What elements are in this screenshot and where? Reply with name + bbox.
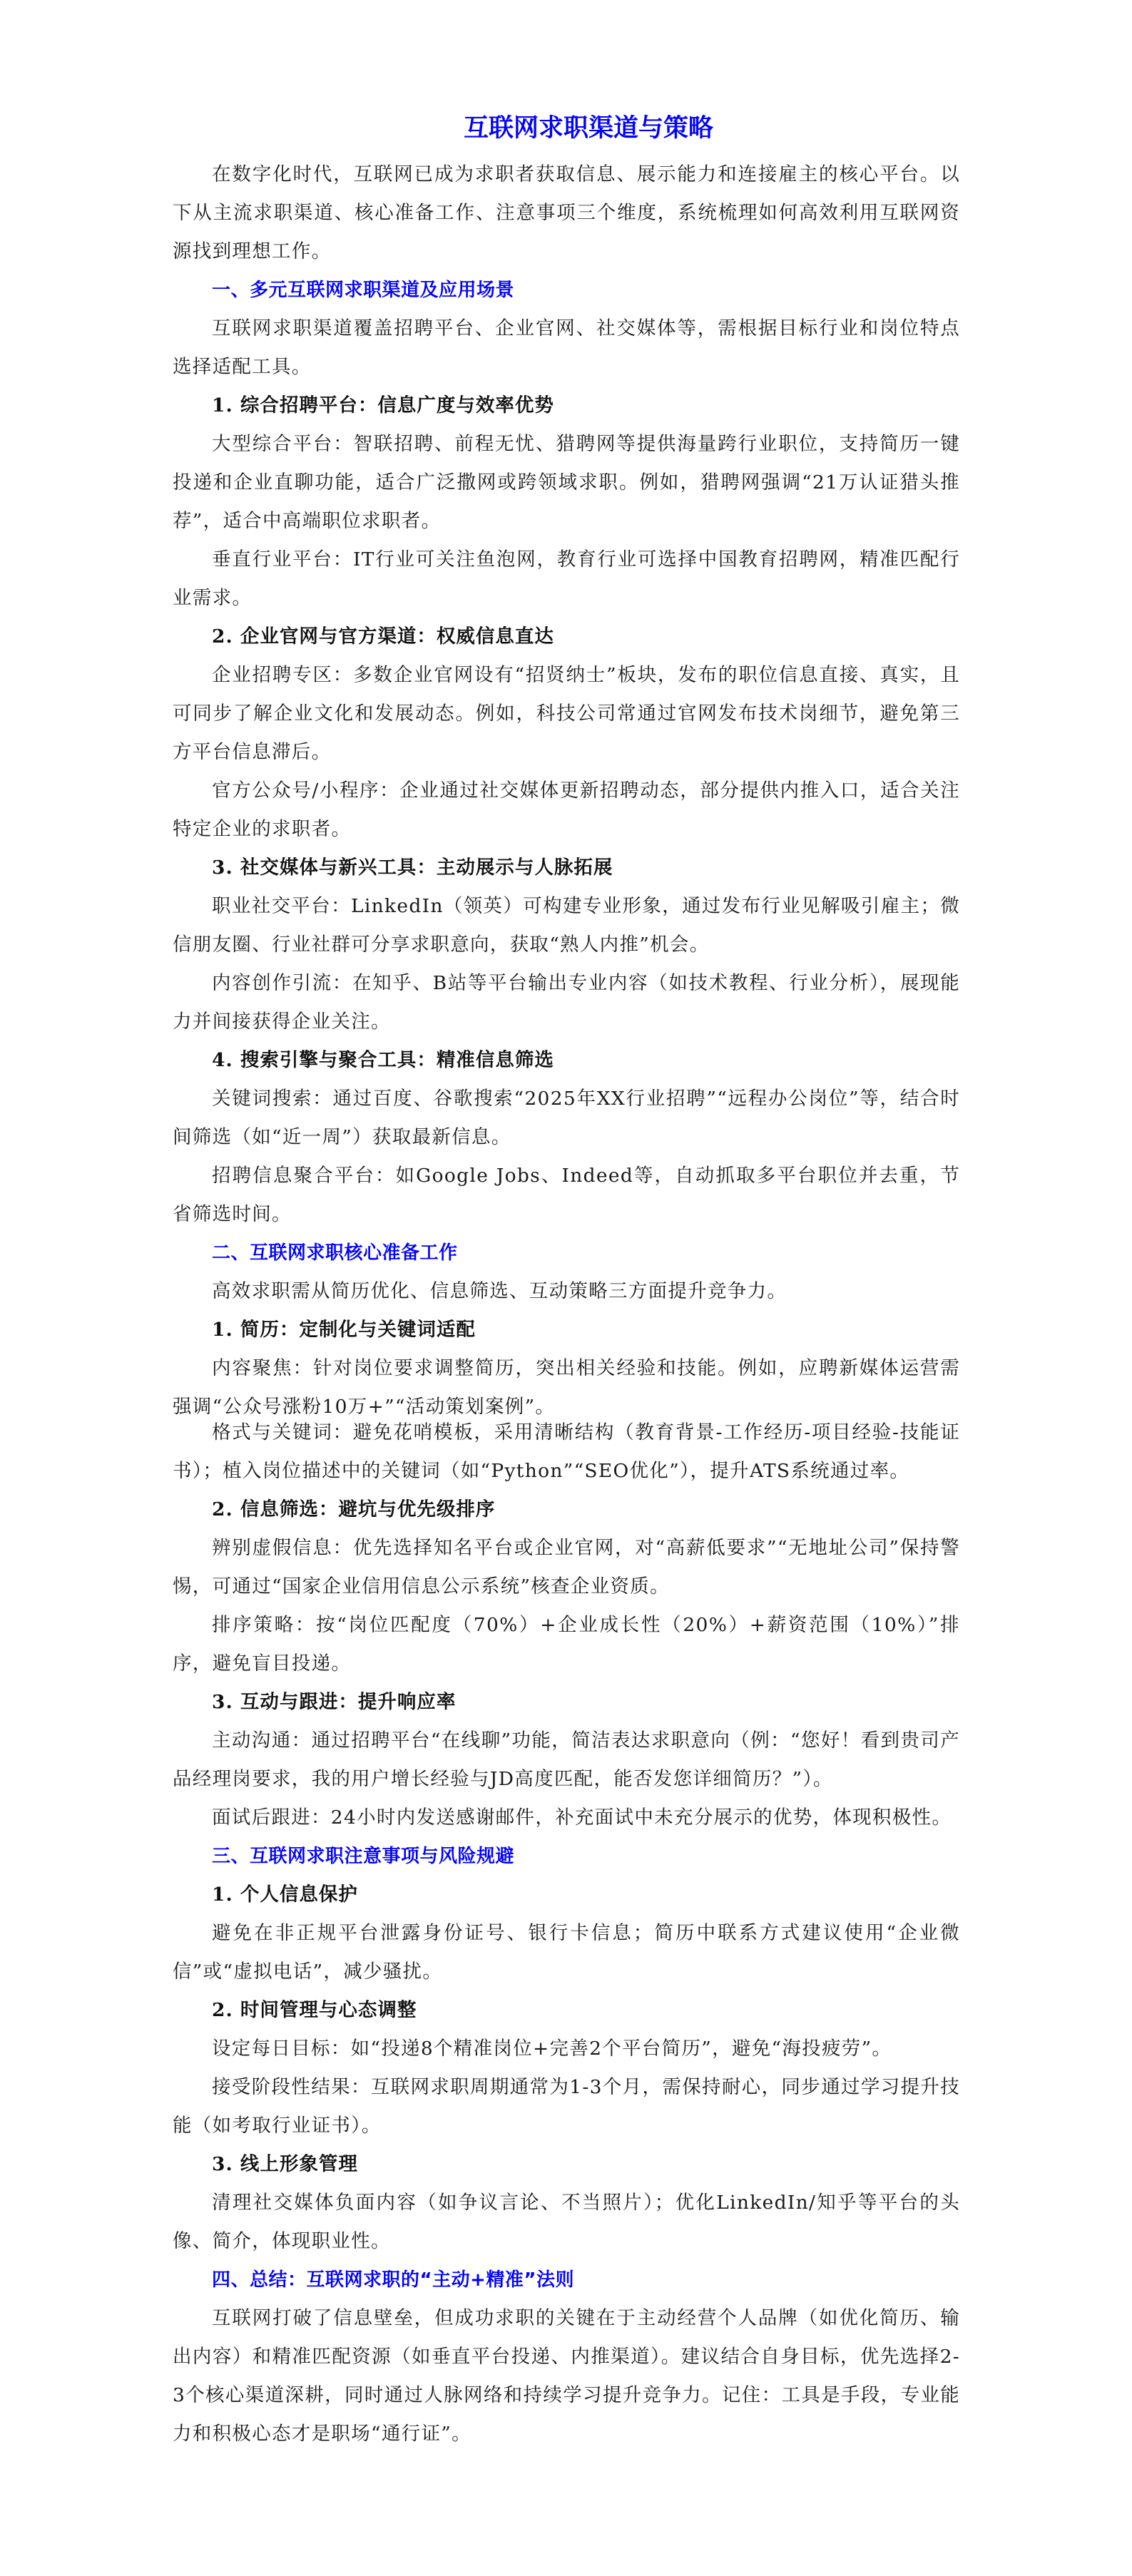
- subsection-heading: 3. 互动与跟进：提升响应率: [173, 1683, 960, 1722]
- paragraph: 面试后跟进：24小时内发送感谢邮件，补充面试中未充分展示的优势，体现积极性。: [173, 1799, 960, 1837]
- paragraph: 大型综合平台：智联招聘、前程无忧、猎聘网等提供海量跨行业职位，支持简历一键投递和…: [173, 425, 960, 541]
- paragraph: 招聘信息聚合平台：如Google Jobs、Indeed等，自动抓取多平台职位并…: [173, 1157, 960, 1234]
- paragraph: 官方公众号/小程序：企业通过社交媒体更新招聘动态，部分提供内推入口，适合关注特定…: [173, 772, 960, 849]
- subsection-heading: 3. 社交媒体与新兴工具：主动展示与人脉拓展: [173, 849, 960, 887]
- paragraph: 设定每日目标：如“投递8个精准岗位+完善2个平台简历”，避免“海投疲劳”。: [173, 2030, 960, 2068]
- section-preparation: 二、互联网求职核心准备工作 高效求职需从简历优化、信息筛选、互动策略三方面提升竞…: [173, 1234, 960, 1837]
- paragraph: 关键词搜索：通过百度、谷歌搜索“2025年XX行业招聘”“远程办公岗位”等，结合…: [173, 1080, 960, 1157]
- document-title: 互联网求职渠道与策略: [173, 108, 960, 148]
- paragraph: 清理社交媒体负面内容（如争议言论、不当照片）；优化LinkedIn/知乎等平台的…: [173, 2184, 960, 2261]
- section-heading: 二、互联网求职核心准备工作: [173, 1234, 960, 1272]
- section-channels: 一、多元互联网求职渠道及应用场景 互联网求职渠道覆盖招聘平台、企业官网、社交媒体…: [173, 271, 960, 1234]
- subsection-heading: 1. 简历：定制化与关键词适配: [173, 1311, 960, 1349]
- subsection-heading: 3. 线上形象管理: [173, 2145, 960, 2184]
- subsection-heading: 2. 信息筛选：避坑与优先级排序: [173, 1491, 960, 1529]
- paragraph: 企业招聘专区：多数企业官网设有“招贤纳士”板块，发布的职位信息直接、真实，且可同…: [173, 656, 960, 772]
- section-heading: 三、互联网求职注意事项与风险规避: [173, 1837, 960, 1876]
- summary-paragraph: 互联网打破了信息壁垒，但成功求职的关键在于主动经营个人品牌（如优化简历、输出内容…: [173, 2299, 960, 2453]
- section-lead: 互联网求职渠道覆盖招聘平台、企业官网、社交媒体等，需根据目标行业和岗位特点选择适…: [173, 310, 960, 387]
- paragraph: 接受阶段性结果：互联网求职周期通常为1-3个月，需保持耐心，同步通过学习提升技能…: [173, 2068, 960, 2145]
- paragraph: 主动沟通：通过招聘平台“在线聊”功能，简洁表达求职意向（例：“您好！看到贵司产品…: [173, 1722, 960, 1799]
- subsection-heading: 2. 时间管理与心态调整: [173, 1991, 960, 2030]
- paragraph: 辨别虚假信息：优先选择知名平台或企业官网，对“高薪低要求”“无地址公司”保持警惕…: [173, 1529, 960, 1606]
- intro-paragraph: 在数字化时代，互联网已成为求职者获取信息、展示能力和连接雇主的核心平台。以下从主…: [173, 155, 960, 271]
- section-heading: 四、总结：互联网求职的“主动+精准”法则: [173, 2261, 960, 2299]
- paragraph: 垂直行业平台：IT行业可关注鱼泡网，教育行业可选择中国教育招聘网，精准匹配行业需…: [173, 541, 960, 618]
- paragraph: 内容创作引流：在知乎、B站等平台输出专业内容（如技术教程、行业分析），展现能力并…: [173, 964, 960, 1041]
- spacer: [173, 148, 960, 155]
- section-summary: 四、总结：互联网求职的“主动+精准”法则 互联网打破了信息壁垒，但成功求职的关键…: [173, 2261, 960, 2453]
- section-precautions: 三、互联网求职注意事项与风险规避 1. 个人信息保护 避免在非正规平台泄露身份证…: [173, 1837, 960, 2261]
- paragraph: 排序策略：按“岗位匹配度（70%）+企业成长性（20%）+薪资范围（10%）”排…: [173, 1606, 960, 1683]
- subsection-heading: 2. 企业官网与官方渠道：权威信息直达: [173, 618, 960, 656]
- subsection-heading: 1. 综合招聘平台：信息广度与效率优势: [173, 387, 960, 425]
- document-page: 互联网求职渠道与策略 在数字化时代，互联网已成为求职者获取信息、展示能力和连接雇…: [173, 108, 960, 2453]
- paragraph: 避免在非正规平台泄露身份证号、银行卡信息；简历中联系方式建议使用“企业微信”或“…: [173, 1914, 960, 1991]
- paragraph: 职业社交平台：LinkedIn（领英）可构建专业形象，通过发布行业见解吸引雇主；…: [173, 887, 960, 964]
- section-lead: 高效求职需从简历优化、信息筛选、互动策略三方面提升竞争力。: [173, 1272, 960, 1311]
- paragraph: 格式与关键词：避免花哨模板，采用清晰结构（教育背景-工作经历-项目经验-技能证书…: [173, 1414, 960, 1491]
- section-heading: 一、多元互联网求职渠道及应用场景: [173, 271, 960, 310]
- subsection-heading: 1. 个人信息保护: [173, 1876, 960, 1914]
- subsection-heading: 4. 搜索引擎与聚合工具：精准信息筛选: [173, 1041, 960, 1080]
